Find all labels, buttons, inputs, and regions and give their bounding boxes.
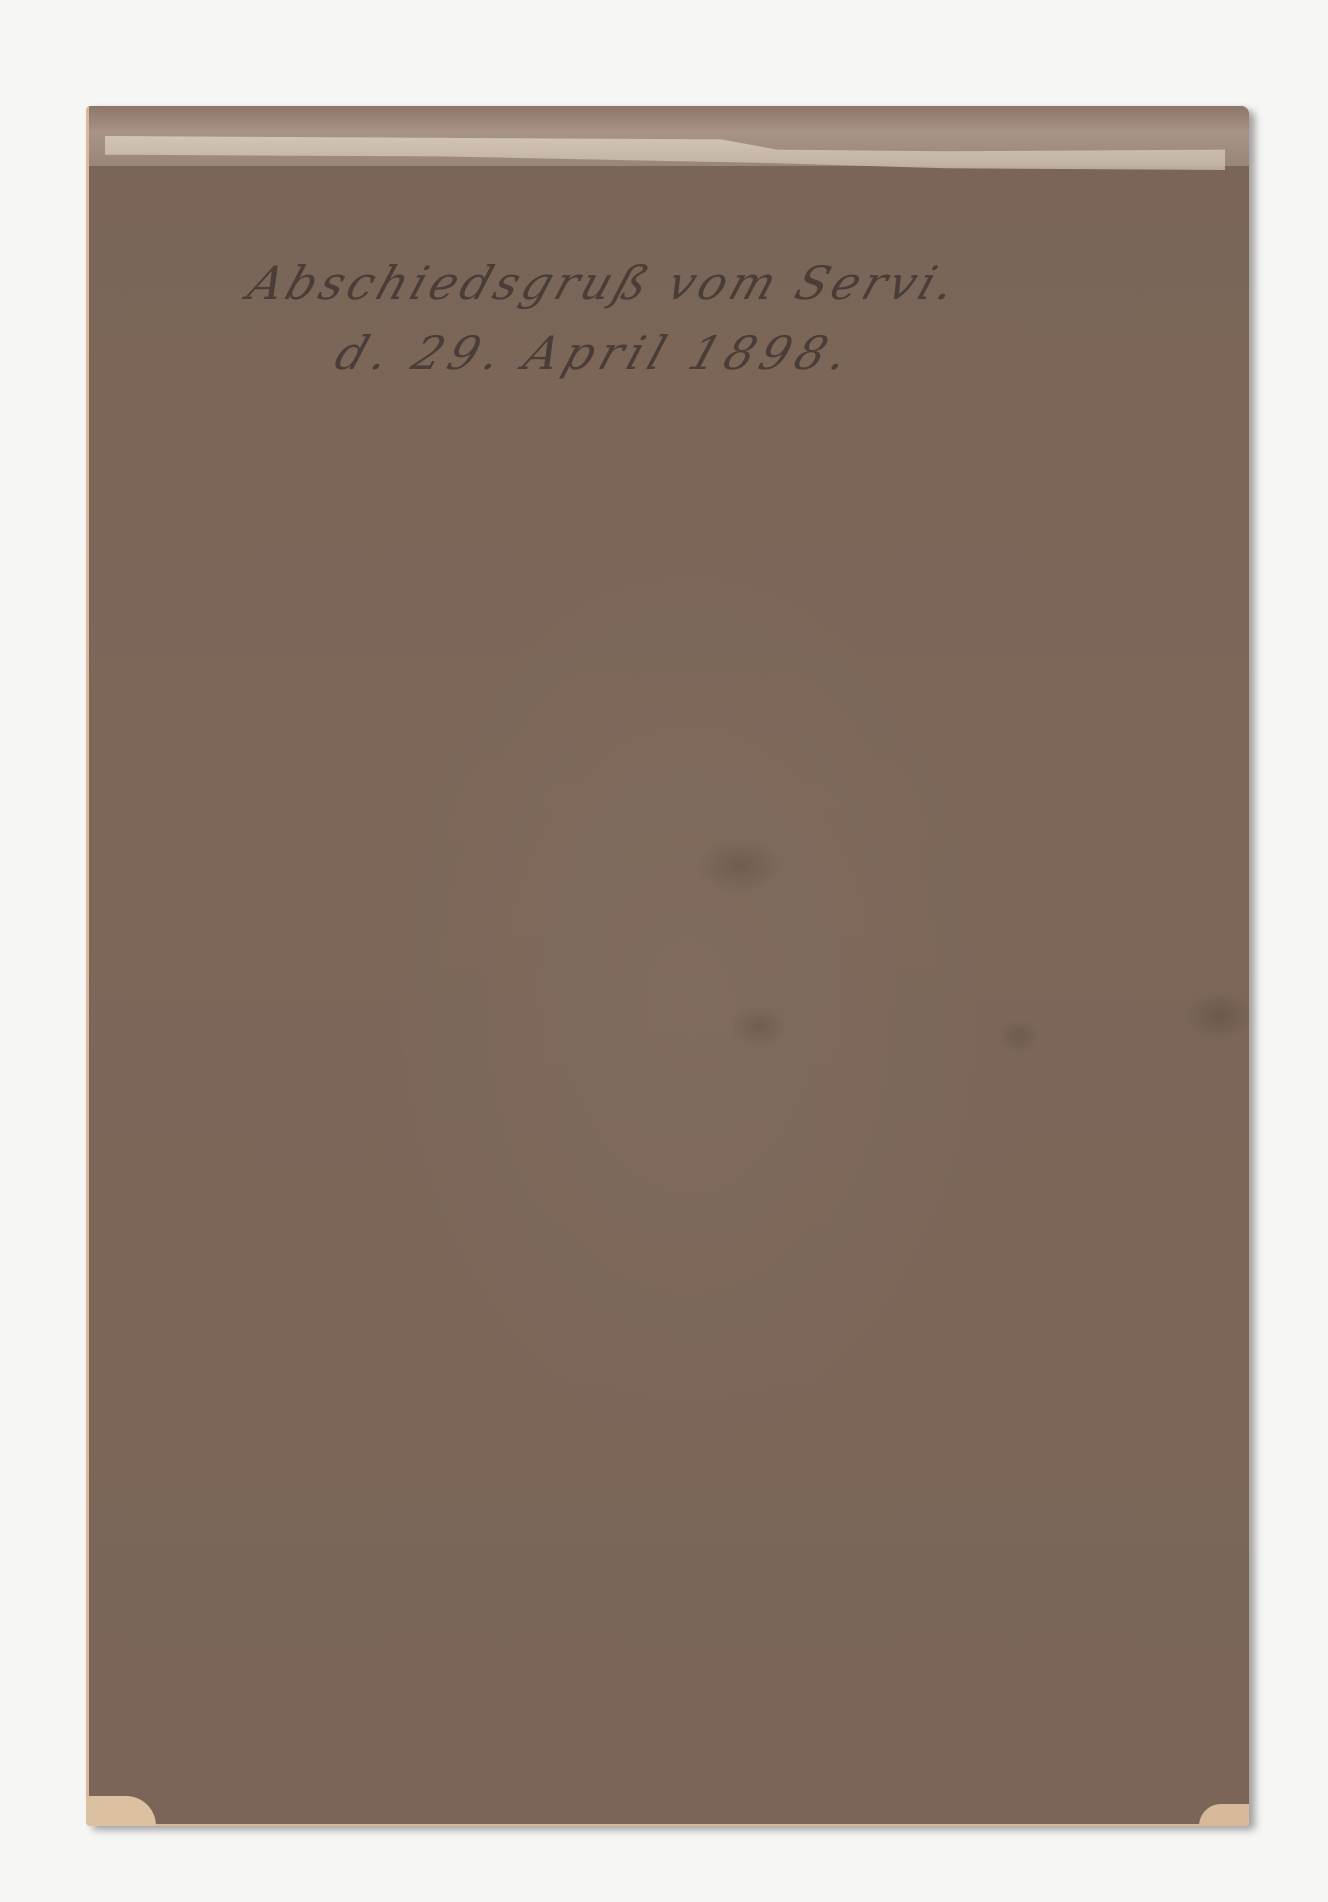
handwritten-inscription: Abschiedsgruß vom Servi. d. 29. April 18… xyxy=(219,256,1159,380)
worn-corner-bottom-left xyxy=(86,1796,156,1826)
cabinet-card-back: Abschiedsgruß vom Servi. d. 29. April 18… xyxy=(86,106,1249,1826)
inscription-line-1: Abschiedsgruß vom Servi. xyxy=(242,256,1160,310)
worn-corner-bottom-right xyxy=(1199,1804,1249,1826)
inscription-date: d. 29. April 1898. xyxy=(329,326,1137,380)
